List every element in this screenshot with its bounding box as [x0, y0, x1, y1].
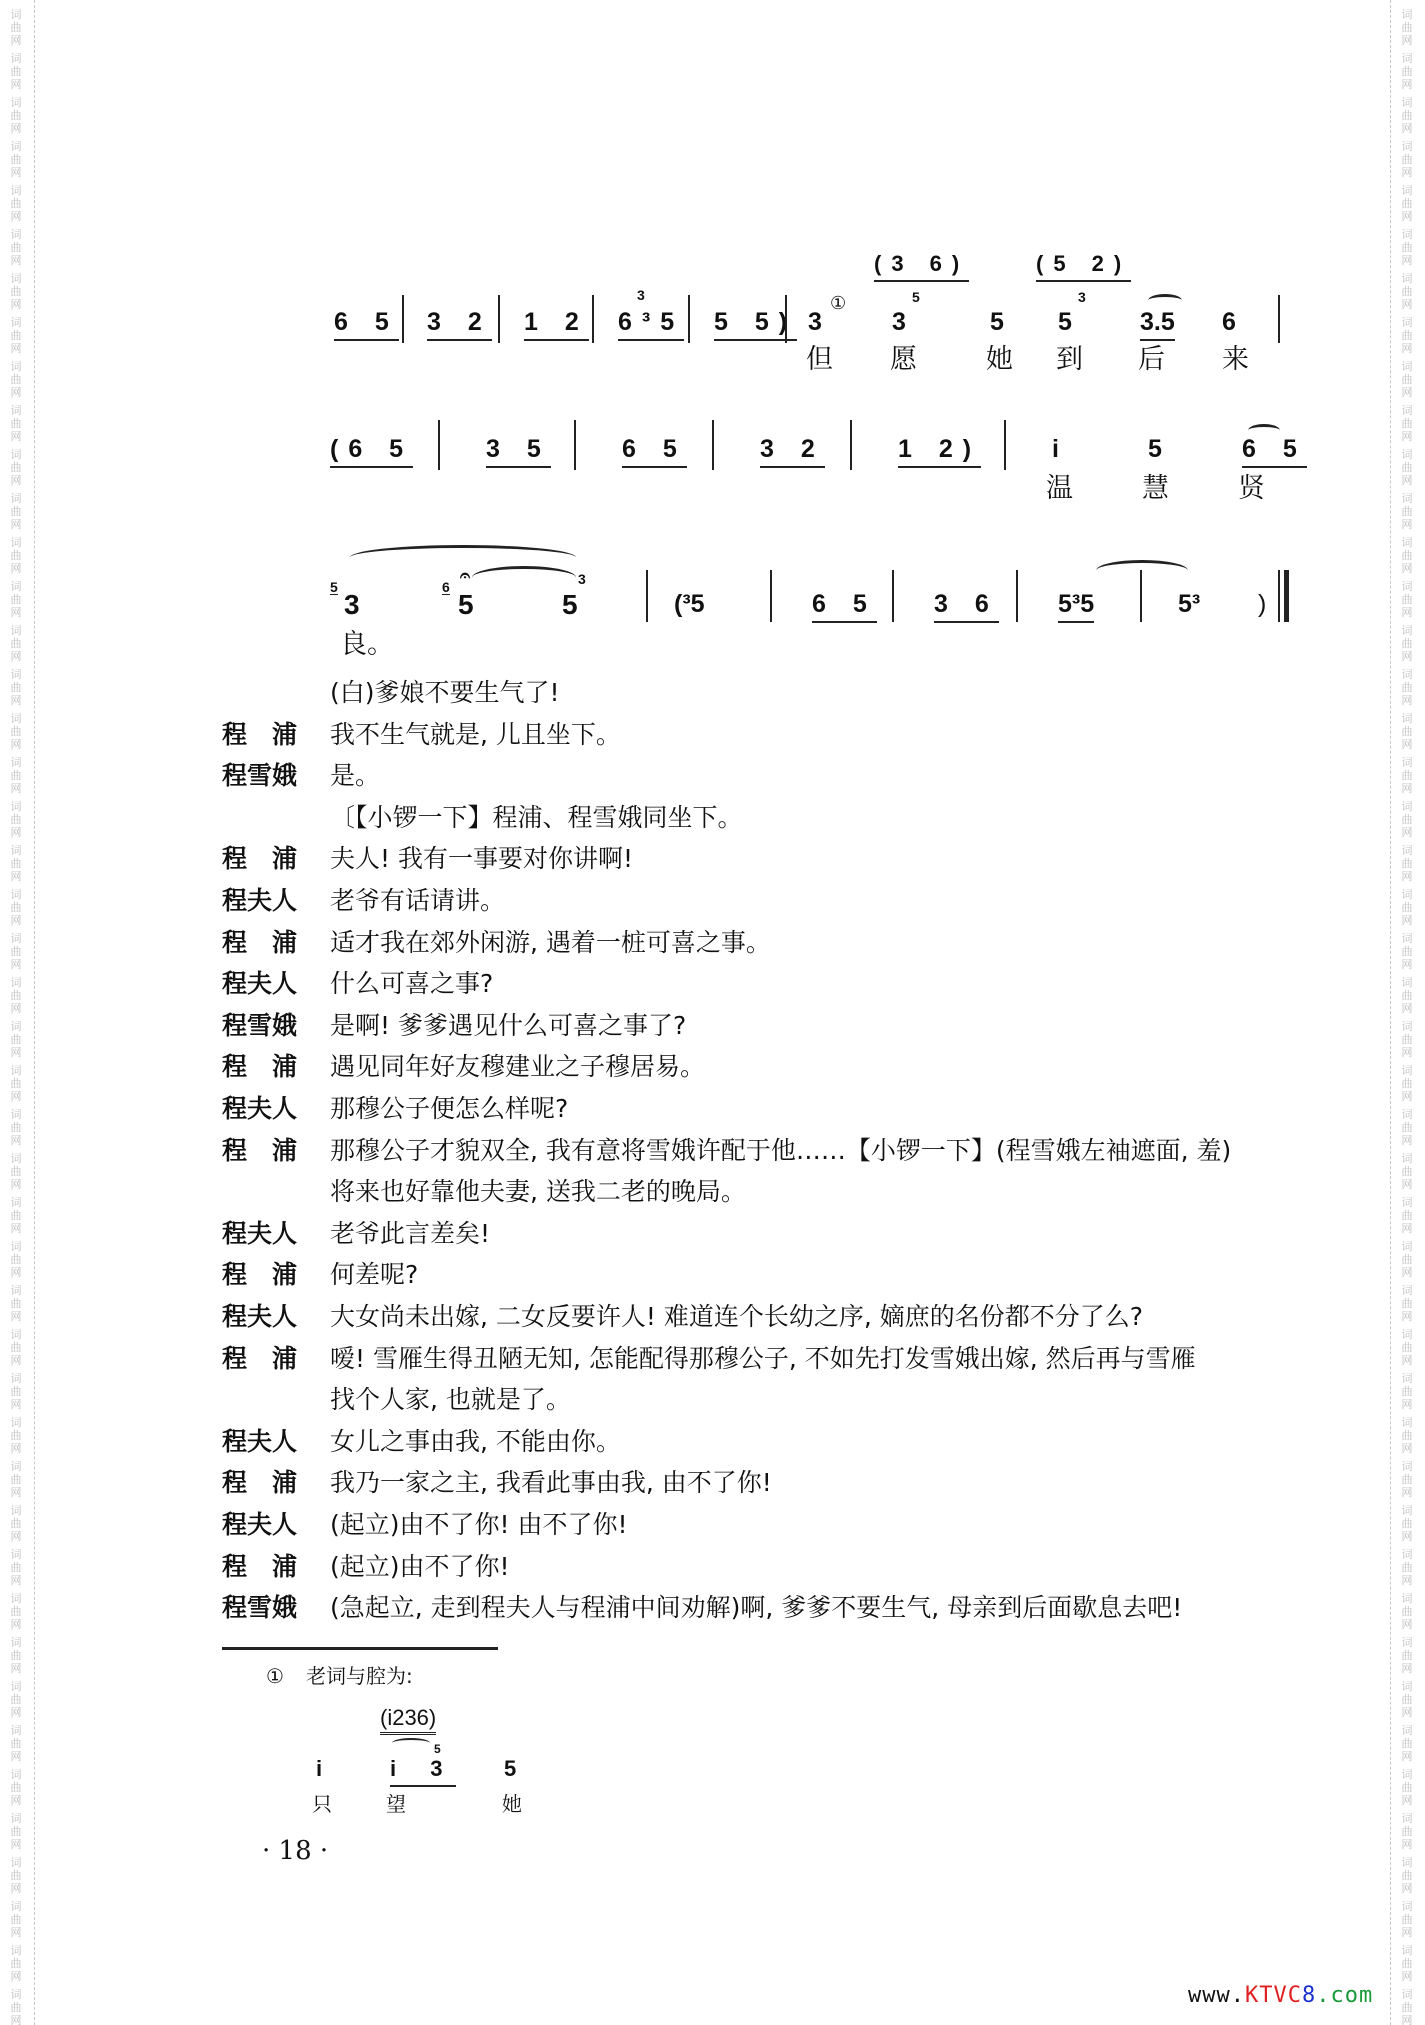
note: 3	[344, 592, 360, 617]
watermark-char: 词	[1395, 1592, 1419, 1606]
watermark-char: 词	[4, 1460, 28, 1474]
watermark-char: 词	[4, 756, 28, 770]
dialogue-line: 程 浦我不生气就是, 儿且坐下。	[222, 720, 621, 750]
dialogue-text: 老爷此言差矣!	[330, 1219, 490, 1249]
watermark-char: 曲	[4, 241, 28, 255]
footnote-marker: ①	[830, 296, 846, 310]
watermark-char: 网	[1395, 430, 1419, 444]
watermark-char: 曲	[1395, 857, 1419, 871]
dialogue-text: 是啊! 爹爹遇见什么可喜之事了?	[330, 1011, 686, 1041]
watermark-char: 词	[4, 580, 28, 594]
dialogue-line: 程 浦我乃一家之主, 我看此事由我, 由不了你!	[222, 1468, 772, 1498]
watermark-char: 网	[4, 1794, 28, 1808]
speaker-name: 程雪娥	[222, 1593, 330, 1623]
watermark-char: 网	[1395, 34, 1419, 48]
watermark-char: 网	[4, 1266, 28, 1280]
watermark-char: 曲	[1395, 285, 1419, 299]
speaker-name: 程 浦	[222, 844, 330, 874]
vocal-note: 6	[1222, 310, 1236, 335]
watermark-char: 词	[1395, 1020, 1419, 1034]
watermark-char: 曲	[4, 461, 28, 475]
watermark-char: 曲	[1395, 1385, 1419, 1399]
measure: 6 5	[812, 592, 877, 623]
watermark-char: 曲	[4, 1957, 28, 1971]
dialogue-text: 找个人家, 也就是了。	[330, 1385, 571, 1415]
watermark-char: 词	[1395, 1284, 1419, 1298]
watermark-char: 词	[1395, 1108, 1419, 1122]
watermark-char: 曲	[1395, 1253, 1419, 1267]
lyric: 她	[986, 345, 1013, 375]
measure: 6 5	[622, 437, 687, 468]
close-paren: )	[1258, 592, 1266, 617]
watermark-char: 曲	[1395, 197, 1419, 211]
watermark-char: 网	[4, 1618, 28, 1632]
barline	[402, 295, 404, 343]
dialogue-line: 程夫人老爷有话请讲。	[222, 886, 505, 916]
barline	[850, 420, 852, 470]
speaker-name: 程夫人	[222, 969, 330, 999]
dialogue-line: 程 浦适才我在郊外闲游, 遇着一桩可喜之事。	[222, 928, 771, 958]
dialogue-line: 程 浦那穆公子才貌双全, 我有意将雪娥许配于他……【小锣一下】(程雪娥左袖遮面,…	[222, 1136, 1231, 1166]
watermark-char: 词	[1395, 1504, 1419, 1518]
watermark-char: 网	[1395, 1706, 1419, 1720]
dialogue-continuation: 找个人家, 也就是了。	[330, 1385, 571, 1415]
watermark-char: 词	[1395, 1548, 1419, 1562]
dialogue-text: 那穆公子便怎么样呢?	[330, 1094, 568, 1124]
watermark-char: 曲	[1395, 1737, 1419, 1751]
watermark-char: 网	[4, 1398, 28, 1412]
watermark-char: 网	[1395, 914, 1419, 928]
footnote-label: 老词与腔为:	[306, 1664, 413, 1688]
measure: 3 5	[486, 437, 551, 468]
watermark-char: 曲	[1395, 1297, 1419, 1311]
watermark-char: 网	[1395, 1398, 1419, 1412]
note: 5	[562, 592, 578, 617]
speaker-name: 程 浦	[222, 1260, 330, 1290]
watermark-char: 曲	[1395, 21, 1419, 35]
dialogue-text: 夫人! 我有一事要对你讲啊!	[330, 844, 633, 874]
watermark-char: 网	[4, 298, 28, 312]
speaker-name: 程 浦	[222, 1552, 330, 1582]
dialogue-text: 大女尚未出嫁, 二女反要许人! 难道连个长幼之序, 嫡庶的名份都不分了么?	[330, 1302, 1143, 1332]
dialogue-line: 程 浦(起立)由不了你!	[222, 1552, 510, 1582]
watermark-char: 曲	[1395, 153, 1419, 167]
watermark-char: 曲	[4, 593, 28, 607]
watermark-char: 曲	[1395, 945, 1419, 959]
watermark-char: 网	[1395, 1750, 1419, 1764]
speaker-name: 程夫人	[222, 886, 330, 916]
watermark-char: 曲	[1395, 549, 1419, 563]
watermark-char: 曲	[1395, 1429, 1419, 1443]
watermark-char: 词	[4, 1152, 28, 1166]
watermark-char: 网	[1395, 474, 1419, 488]
watermark-char: 网	[4, 1574, 28, 1588]
watermark-char: 词	[4, 1196, 28, 1210]
watermark-char: 网	[4, 1882, 28, 1896]
watermark-char: 词	[4, 1944, 28, 1958]
watermark-char: 网	[1395, 606, 1419, 620]
watermark-char: 词	[1395, 272, 1419, 286]
watermark-char: 曲	[4, 1649, 28, 1663]
watermark-char: 词	[4, 1020, 28, 1034]
logo-suffix: .com	[1316, 1983, 1373, 2008]
watermark-char: 词	[1395, 1328, 1419, 1342]
watermark-char: 曲	[1395, 593, 1419, 607]
watermark-char: 词	[4, 1988, 28, 2002]
barline	[712, 420, 714, 470]
watermark-char: 词	[1395, 360, 1419, 374]
watermark-char: 曲	[1395, 989, 1419, 1003]
watermark-char: 网	[4, 782, 28, 796]
lyric: 后	[1138, 345, 1165, 375]
watermark-char: 曲	[4, 945, 28, 959]
watermark-char: 曲	[1395, 1869, 1419, 1883]
dialogue-line: 程夫人大女尚未出嫁, 二女反要许人! 难道连个长幼之序, 嫡庶的名份都不分了么?	[222, 1302, 1143, 1332]
dialogue-text: 那穆公子才貌双全, 我有意将雪娥许配于他……【小锣一下】(程雪娥左袖遮面, 羞)	[330, 1136, 1231, 1166]
watermark-char: 曲	[4, 1033, 28, 1047]
dialogue-line: 程 浦遇见同年好友穆建业之子穆居易。	[222, 1052, 705, 1082]
watermark-char: 曲	[4, 1473, 28, 1487]
watermark-char: 曲	[1395, 329, 1419, 343]
watermark-char: 曲	[1395, 1209, 1419, 1223]
watermark-char: 曲	[1395, 1605, 1419, 1619]
watermark-char: 网	[4, 1178, 28, 1192]
watermark-char: 词	[4, 228, 28, 242]
dialogue-text: (起立)由不了你!	[330, 1552, 510, 1582]
watermark-char: 曲	[4, 505, 28, 519]
watermark-char: 网	[1395, 870, 1419, 884]
logo-c: C	[1288, 1983, 1302, 2008]
speaker-name: 程 浦	[222, 1344, 330, 1374]
watermark-char: 网	[4, 122, 28, 136]
watermark-char: 曲	[1395, 1649, 1419, 1663]
footnote-rule	[222, 1647, 498, 1650]
lyric: 但	[806, 345, 833, 375]
watermark-char: 词	[4, 492, 28, 506]
footnote-marker: ①	[266, 1664, 284, 1688]
grace-note: 6	[442, 580, 450, 595]
watermark-char: 曲	[4, 1209, 28, 1223]
measure: (³5	[674, 592, 705, 617]
watermark-char: 网	[4, 738, 28, 752]
watermark-char: 网	[4, 342, 28, 356]
watermark-char: 曲	[4, 329, 28, 343]
watermark-char: 网	[4, 1046, 28, 1060]
vocal-note: 5	[990, 310, 1004, 335]
watermark-char: 词	[4, 1548, 28, 1562]
watermark-char: 网	[1395, 1354, 1419, 1368]
watermark-char: 曲	[1395, 725, 1419, 739]
watermark-char: 网	[4, 254, 28, 268]
lyric: 慧	[1142, 474, 1169, 504]
watermark-char: 网	[4, 1750, 28, 1764]
watermark-char: 词	[1395, 1196, 1419, 1210]
watermark-char: 曲	[1395, 1517, 1419, 1531]
dialogue-text: 什么可喜之事?	[330, 969, 493, 999]
watermark-char: 网	[1395, 1926, 1419, 1940]
watermark-char: 曲	[4, 1825, 28, 1839]
watermark-char: 词	[4, 184, 28, 198]
watermark-char: 网	[1395, 1662, 1419, 1676]
watermark-char: 词	[1395, 932, 1419, 946]
watermark-char: 词	[4, 1064, 28, 1078]
watermark-char: 网	[4, 78, 28, 92]
watermark-char: 词	[1395, 712, 1419, 726]
footnote-lyric: 她	[502, 1792, 522, 1816]
watermark-char: 曲	[1395, 769, 1419, 783]
watermark-char: 网	[4, 1354, 28, 1368]
dialogue-line: 程雪娥(急起立, 走到程夫人与程浦中间劝解)啊, 爹爹不要生气, 母亲到后面歇息…	[222, 1593, 1182, 1623]
watermark-char: 网	[4, 1486, 28, 1500]
dialogue-text: 嗳! 雪雁生得丑陋无知, 怎能配得那穆公子, 不如先打发雪娥出嫁, 然后再与雪雁	[330, 1344, 1196, 1374]
watermark-char: 词	[4, 448, 28, 462]
watermark-char: 词	[4, 1504, 28, 1518]
watermark-char: 曲	[4, 1693, 28, 1707]
grace-note: 5	[330, 580, 338, 595]
watermark-char: 网	[1395, 826, 1419, 840]
watermark-char: 词	[4, 844, 28, 858]
dialogue-text: 女儿之事由我, 不能由你。	[330, 1427, 621, 1457]
watermark-char: 词	[4, 52, 28, 66]
right-watermark-strip: 词曲网词曲网词曲网词曲网词曲网词曲网词曲网词曲网词曲网词曲网词曲网词曲网词曲网词…	[1390, 0, 1425, 2025]
watermark-char: 词	[4, 668, 28, 682]
watermark-char: 词	[4, 536, 28, 550]
watermark-char: 词	[4, 1328, 28, 1342]
dialogue-text: 我乃一家之主, 我看此事由我, 由不了你!	[330, 1468, 772, 1498]
watermark-char: 词	[4, 976, 28, 990]
watermark-char: 词	[4, 8, 28, 22]
lyric: 贤	[1238, 474, 1265, 504]
watermark-char: 网	[4, 1706, 28, 1720]
watermark-char: 网	[1395, 694, 1419, 708]
dialogue-text: (起立)由不了你! 由不了你!	[330, 1510, 628, 1540]
watermark-char: 词	[1395, 1240, 1419, 1254]
barline	[688, 295, 690, 343]
watermark-char: 曲	[4, 725, 28, 739]
watermark-char: 网	[4, 166, 28, 180]
watermark-char: 曲	[1395, 813, 1419, 827]
watermark-char: 网	[1395, 1222, 1419, 1236]
watermark-char: 曲	[1395, 461, 1419, 475]
dialogue-line: 程夫人什么可喜之事?	[222, 969, 493, 999]
lyric: 到	[1056, 345, 1083, 375]
speaker-name: 程雪娥	[222, 761, 330, 791]
watermark-char: 曲	[1395, 1077, 1419, 1091]
dialogue-line: 程 浦嗳! 雪雁生得丑陋无知, 怎能配得那穆公子, 不如先打发雪娥出嫁, 然后再…	[222, 1344, 1196, 1374]
dialogue-continuation: 将来也好靠他夫妻, 送我二老的晚局。	[330, 1177, 746, 1207]
watermark-char: 词	[1395, 96, 1419, 110]
watermark-char: 词	[4, 888, 28, 902]
slur	[392, 1738, 430, 1748]
watermark-char: 曲	[1395, 681, 1419, 695]
watermark-char: 词	[1395, 8, 1419, 22]
watermark-char: 词	[4, 316, 28, 330]
watermark-char: 曲	[4, 637, 28, 651]
measure: 3 2	[427, 310, 492, 341]
final-barline-thick	[1284, 570, 1289, 622]
watermark-char: 词	[1395, 1152, 1419, 1166]
measure: 5³	[1178, 592, 1200, 617]
watermark-char: 曲	[1395, 1561, 1419, 1575]
watermark-char: 词	[1395, 580, 1419, 594]
watermark-char: 网	[4, 386, 28, 400]
watermark-char: 曲	[4, 1165, 28, 1179]
watermark-char: 曲	[1395, 1473, 1419, 1487]
watermark-char: 曲	[1395, 1165, 1419, 1179]
watermark-char: 曲	[1395, 417, 1419, 431]
speaker-name: 程夫人	[222, 1219, 330, 1249]
vocal-note: 5	[1058, 310, 1072, 335]
watermark-char: 网	[4, 1222, 28, 1236]
site-logo[interactable]: www.KTVC8.com	[1188, 1983, 1373, 2008]
vocal-note: 3.5	[1140, 310, 1175, 341]
watermark-char: 曲	[4, 1253, 28, 1267]
watermark-char: 网	[1395, 562, 1419, 576]
watermark-char: 曲	[1395, 1693, 1419, 1707]
bracketed-notes: (3 6)	[874, 248, 969, 276]
grace-note: 3	[1078, 290, 1086, 304]
watermark-char: 网	[1395, 518, 1419, 532]
slur	[1148, 294, 1182, 307]
watermark-char: 词	[1395, 1636, 1419, 1650]
speaker-name: 程夫人	[222, 1094, 330, 1124]
watermark-char: 词	[4, 1856, 28, 1870]
watermark-char: 曲	[4, 549, 28, 563]
watermark-char: 曲	[4, 901, 28, 915]
watermark-char: 词	[1395, 536, 1419, 550]
watermark-char: 曲	[4, 1341, 28, 1355]
barline	[785, 295, 787, 343]
watermark-char: 词	[1395, 844, 1419, 858]
watermark-char: 词	[1395, 404, 1419, 418]
watermark-char: 网	[4, 1310, 28, 1324]
footnote-lyric: 望	[386, 1792, 406, 1816]
watermark-char: 词	[1395, 316, 1419, 330]
watermark-char: 曲	[1395, 505, 1419, 519]
watermark-char: 网	[1395, 210, 1419, 224]
watermark-char: 词	[1395, 756, 1419, 770]
barline	[574, 420, 576, 470]
dialogue-text: (白)爹娘不要生气了!	[330, 678, 560, 708]
speaker-name: 程夫人	[222, 1302, 330, 1332]
watermark-char: 词	[1395, 1812, 1419, 1826]
watermark-char: 曲	[4, 1605, 28, 1619]
watermark-char: 网	[4, 474, 28, 488]
watermark-char: 词	[4, 712, 28, 726]
speaker-name: 程 浦	[222, 1052, 330, 1082]
watermark-char: 词	[4, 1240, 28, 1254]
watermark-char: 曲	[4, 857, 28, 871]
left-watermark-strip: 词曲网词曲网词曲网词曲网词曲网词曲网词曲网词曲网词曲网词曲网词曲网词曲网词曲网词…	[0, 0, 35, 2025]
watermark-char: 网	[4, 2014, 28, 2025]
dialogue-text: 何差呢?	[330, 1260, 418, 1290]
watermark-char: 词	[1395, 52, 1419, 66]
logo-prefix: www.	[1188, 1983, 1245, 2008]
watermark-char: 曲	[4, 1121, 28, 1135]
watermark-char: 曲	[4, 197, 28, 211]
watermark-char: 词	[1395, 624, 1419, 638]
watermark-char: 网	[1395, 1046, 1419, 1060]
watermark-char: 词	[4, 1900, 28, 1914]
watermark-char: 词	[1395, 800, 1419, 814]
watermark-char: 曲	[4, 109, 28, 123]
barline	[498, 295, 500, 343]
watermark-char: 网	[1395, 1442, 1419, 1456]
speaker-name: 程 浦	[222, 1136, 330, 1166]
watermark-char: 词	[4, 800, 28, 814]
watermark-char: 网	[4, 1838, 28, 1852]
watermark-char: 曲	[4, 1737, 28, 1751]
watermark-char: 曲	[1395, 901, 1419, 915]
watermark-char: 词	[4, 1284, 28, 1298]
grace-note: 5	[434, 1742, 441, 1756]
watermark-char: 词	[1395, 976, 1419, 990]
watermark-char: 网	[4, 870, 28, 884]
watermark-char: 网	[1395, 1574, 1419, 1588]
barline	[1278, 295, 1280, 343]
watermark-char: 曲	[1395, 1781, 1419, 1795]
dialogue-text: 将来也好靠他夫妻, 送我二老的晚局。	[330, 1177, 746, 1207]
watermark-char: 词	[1395, 1064, 1419, 1078]
watermark-char: 曲	[4, 65, 28, 79]
watermark-char: 网	[1395, 1970, 1419, 1984]
barline	[892, 570, 894, 622]
watermark-char: 网	[1395, 1794, 1419, 1808]
watermark-char: 词	[4, 1812, 28, 1826]
dialogue-line: 程夫人那穆公子便怎么样呢?	[222, 1094, 568, 1124]
vocal-note: 3	[808, 310, 822, 335]
watermark-char: 曲	[4, 1429, 28, 1443]
watermark-char: 词	[1395, 888, 1419, 902]
watermark-char: 词	[1395, 448, 1419, 462]
watermark-char: 网	[4, 562, 28, 576]
speaker-name: 程 浦	[222, 1468, 330, 1498]
watermark-char: 网	[4, 1926, 28, 1940]
watermark-char: 网	[1395, 342, 1419, 356]
watermark-char: 词	[1395, 1724, 1419, 1738]
watermark-char: 词	[4, 1636, 28, 1650]
slur	[1096, 560, 1188, 581]
watermark-char: 网	[1395, 1882, 1419, 1896]
speaker-name: 程雪娥	[222, 1011, 330, 1041]
watermark-char: 曲	[1395, 241, 1419, 255]
watermark-char: 词	[4, 1592, 28, 1606]
barline	[646, 570, 648, 622]
dialogue-text: 老爷有话请讲。	[330, 886, 505, 916]
watermark-char: 词	[4, 1768, 28, 1782]
watermark-char: 曲	[1395, 109, 1419, 123]
measure: 5³5	[1058, 592, 1094, 623]
grace-note: 3	[578, 572, 586, 586]
watermark-char: 网	[1395, 1266, 1419, 1280]
watermark-char: 曲	[4, 2001, 28, 2015]
watermark-char: 网	[4, 430, 28, 444]
bracketed-notes: (5 2)	[1036, 248, 1131, 276]
barline	[1140, 570, 1142, 622]
watermark-char: 网	[4, 1530, 28, 1544]
watermark-char: 曲	[4, 1869, 28, 1883]
watermark-char: 词	[1395, 668, 1419, 682]
dialogue-text: 是。	[330, 761, 380, 791]
logo-eight: 8	[1302, 1983, 1316, 2008]
watermark-char: 曲	[4, 769, 28, 783]
footnote-note: i	[316, 1756, 322, 1781]
speaker-name: 程夫人	[222, 1510, 330, 1540]
watermark-char: 网	[4, 1970, 28, 1984]
dialogue-text: 〔【小锣一下】程浦、程雪娥同坐下。	[330, 803, 743, 833]
barline	[1016, 570, 1018, 622]
watermark-char: 词	[4, 624, 28, 638]
